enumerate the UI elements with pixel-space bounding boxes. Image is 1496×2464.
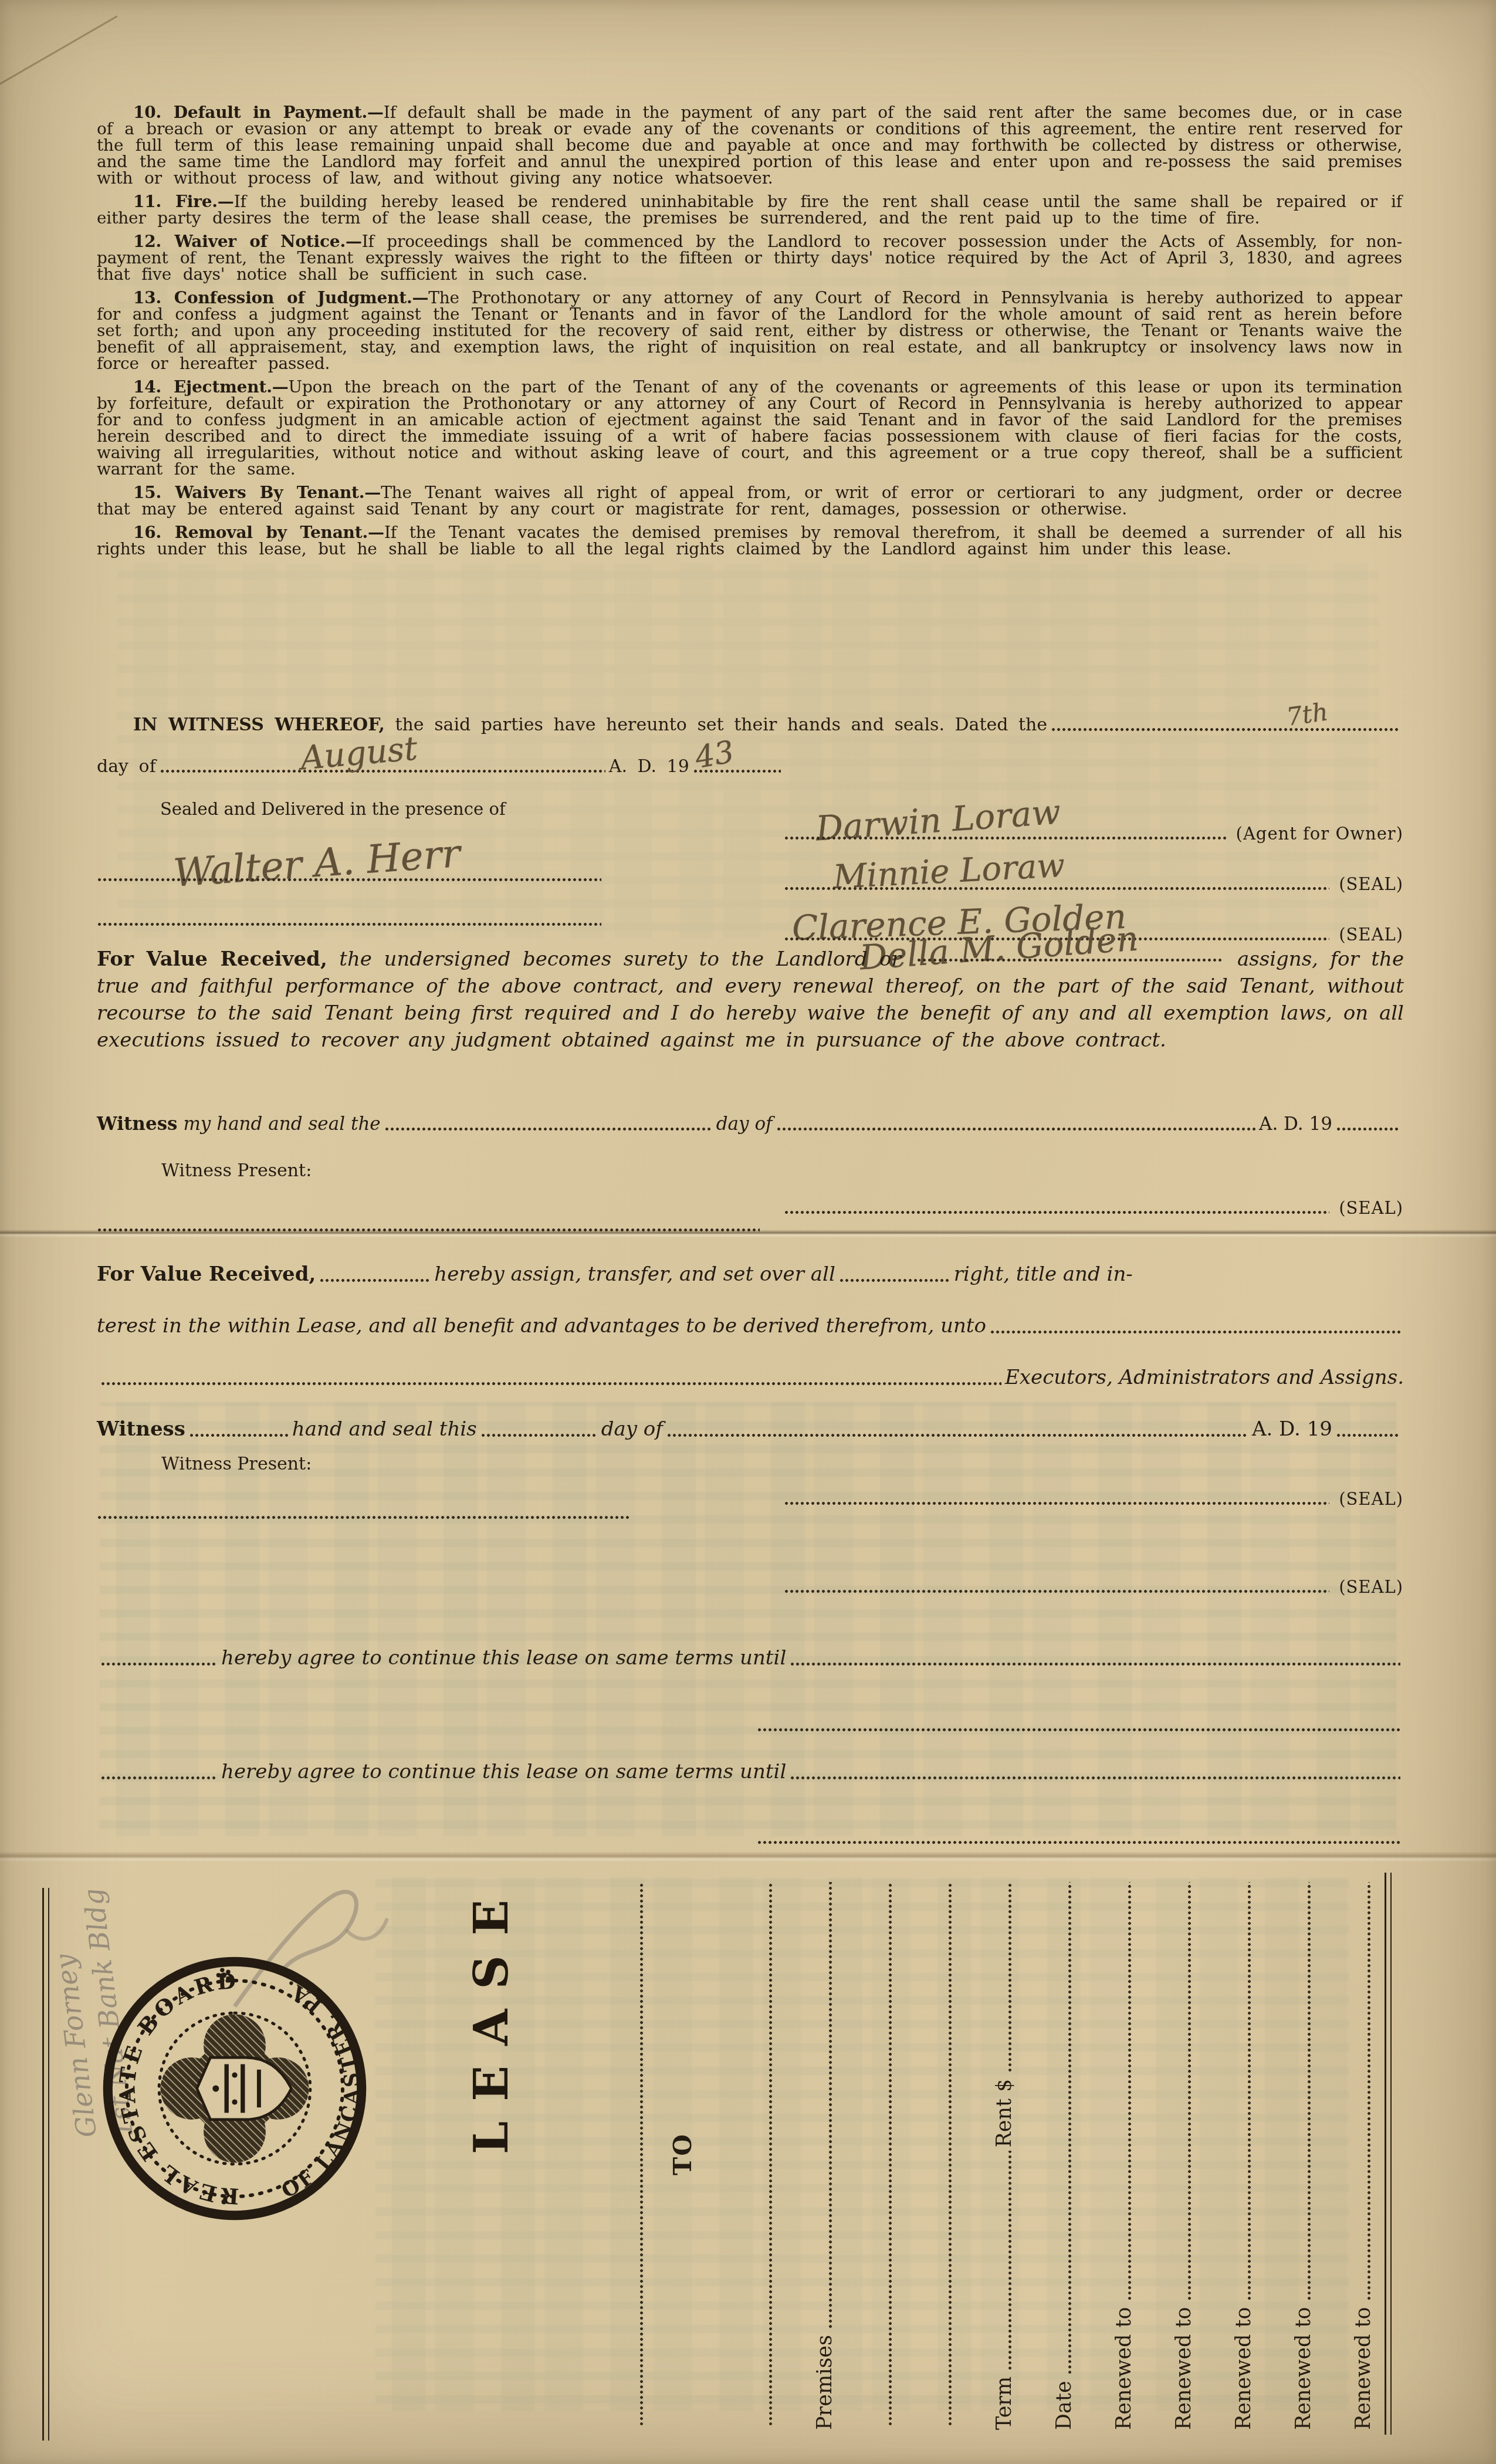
seal-blank-line xyxy=(784,1501,1329,1506)
to-label: TO xyxy=(668,2133,697,2175)
witness-signature-column: Sealed and Delivered in the presence of … xyxy=(97,799,607,927)
docket-row-label: Renewed to xyxy=(1292,2307,1315,2430)
seal-signature-line: (SEAL) xyxy=(780,1198,1403,1218)
clause-title: 14. Ejectment.— xyxy=(133,377,288,397)
seal-signature-line: (SEAL) xyxy=(780,1577,1403,1597)
assignment-p2: right, title and in- xyxy=(954,1263,1133,1286)
assignment-w1: hand and seal this xyxy=(292,1417,477,1441)
renewal-clause-2: hereby agree to continue this lease on s… xyxy=(97,1760,1404,1783)
clause-11: 11. Fire.—If the building hereby leased … xyxy=(97,194,1402,226)
surety-lead: For Value Received, xyxy=(97,947,327,971)
docket-dotted-line xyxy=(1067,1882,1072,2375)
assignment-section: For Value Received, hereby assign, trans… xyxy=(97,1263,1404,1469)
docket-blank-line xyxy=(611,1879,648,2430)
ad-label: A. D. 19 xyxy=(609,756,689,777)
witness-present-label: Witness Present: xyxy=(161,1160,312,1181)
witness-ad: A. D. 19 xyxy=(1259,1113,1332,1135)
agent-label: (Agent for Owner) xyxy=(1236,824,1403,844)
assignment-p1: hereby assign, transfer, and set over al… xyxy=(434,1263,835,1286)
assignment-lead: For Value Received, xyxy=(97,1263,316,1286)
assignor-blank xyxy=(319,1278,431,1283)
seal-label: (SEAL) xyxy=(1339,1489,1403,1509)
clause-title: 15. Waivers By Tenant.— xyxy=(133,483,381,502)
docket-row-premises: Premises xyxy=(777,1879,837,2430)
docket-row-label: Premises xyxy=(813,2335,837,2430)
docket-row-label: Renewed to xyxy=(1352,2307,1375,2430)
witness-present-label: Witness Present: xyxy=(161,1454,312,1474)
docket-dotted-line xyxy=(768,1882,773,2426)
assignment-day-blank xyxy=(480,1433,598,1438)
renewal-blank-tail xyxy=(790,1775,1400,1781)
seal-label: (SEAL) xyxy=(1339,874,1403,894)
rent-blank xyxy=(1007,1882,1013,2073)
renewal-blank-lead xyxy=(100,1775,218,1781)
docket-row-renewed-to: Renewed to xyxy=(1196,1879,1255,2430)
renewal-clause-1: hereby agree to continue this lease on s… xyxy=(97,1646,1404,1670)
docket-blank-line xyxy=(717,1879,777,2430)
witness-phrase: my hand and seal the xyxy=(183,1113,380,1135)
docket-row-label: Renewed to xyxy=(1172,2307,1196,2430)
lease-title: LEASE xyxy=(462,1925,521,2154)
seal-signature-line: (SEAL) xyxy=(780,1489,1403,1509)
renewal-text: hereby agree to continue this lease on s… xyxy=(221,1646,786,1670)
assignee-blank xyxy=(990,1329,1400,1335)
month-blank: August xyxy=(160,769,605,774)
witness-whereof-section: IN WITNESS WHEREOF, the said parties hav… xyxy=(97,715,1402,777)
renewal-extra-line xyxy=(757,1727,1402,1732)
clause-title: 11. Fire.— xyxy=(133,192,234,211)
handwritten-day: 7th xyxy=(1285,697,1330,731)
assignment-blank-2 xyxy=(839,1278,950,1283)
assignment-year-blank xyxy=(1336,1433,1400,1438)
term-blank xyxy=(1007,2151,1013,2371)
assignment-witness-lead: Witness xyxy=(97,1417,185,1441)
docket-border-rule-right xyxy=(1385,1873,1392,2435)
clause-14: 14. Ejectment.—Upon the breach on the pa… xyxy=(97,379,1402,478)
renewal-extra-line xyxy=(757,1840,1402,1845)
witness-year-blank xyxy=(1336,1126,1400,1132)
docket-term-rent-row: TermRent $ xyxy=(956,1879,1016,2430)
agent-signature-line xyxy=(784,835,1227,841)
handwritten-month: August xyxy=(299,729,419,777)
seal-label: (SEAL) xyxy=(1339,925,1403,945)
docket-dotted-line xyxy=(947,1882,953,2426)
witness-line-1 xyxy=(97,877,601,882)
witness-whereof-body: the said parties have hereunto set their… xyxy=(395,715,1047,735)
corner-crease xyxy=(0,15,118,87)
assignment-blank-3 xyxy=(100,1381,1001,1386)
docket-dotted-line xyxy=(1187,1882,1192,2301)
docket-dotted-line xyxy=(1127,1882,1132,2301)
docket-row-renewed-to: Renewed to xyxy=(1315,1879,1375,2430)
docket-dotted-line xyxy=(639,1882,644,2426)
clause-10: 10. Default in Payment.—If default shall… xyxy=(97,104,1402,187)
surety-text-1: the undersigned becomes surety to the La… xyxy=(339,947,901,971)
seal-blank-line xyxy=(784,1210,1329,1215)
assignment-witness-blank xyxy=(189,1433,289,1438)
rent-label: Rent $ xyxy=(993,2079,1016,2147)
clause-title: 16. Removal by Tenant.— xyxy=(133,523,384,542)
docket-row-date: Date xyxy=(1016,1879,1076,2430)
docket-dotted-line xyxy=(1247,1882,1252,2301)
surety-paragraph: For Value Received, the undersigned beco… xyxy=(97,946,1404,1054)
clause-15: 15. Waivers By Tenant.—The Tenant waives… xyxy=(97,485,1402,517)
clause-16: 16. Removal by Tenant.—If the Tenant vac… xyxy=(97,524,1402,557)
docket-dotted-line xyxy=(1307,1882,1312,2301)
witness-month-blank xyxy=(776,1126,1255,1132)
witness-present-line xyxy=(97,1227,760,1233)
renewal-blank-tail xyxy=(790,1661,1400,1667)
clause-13: 13. Confession of Judgment.—The Prothono… xyxy=(97,290,1402,372)
witness-day-blank xyxy=(384,1126,713,1132)
docket-rows: TOPremisesTermRent $DateRenewed toRenewe… xyxy=(611,1879,1380,2430)
assignment-ad: A. D. 19 xyxy=(1252,1417,1332,1441)
docket-blank-line xyxy=(896,1879,956,2430)
clause-title: 12. Waiver of Notice.— xyxy=(133,232,362,251)
handwritten-year: 43 xyxy=(692,735,737,776)
surety-blank xyxy=(916,957,1221,963)
fold-crease xyxy=(0,1852,1496,1862)
docket-to-row: TO xyxy=(648,1879,717,2430)
docket-row-label: Renewed to xyxy=(1112,2307,1136,2430)
docket-row-renewed-to: Renewed to xyxy=(1255,1879,1315,2430)
docket-dotted-line xyxy=(888,1882,893,2426)
witness-present-line xyxy=(97,1515,631,1520)
witness-whereof-lead: IN WITNESS WHEREOF, xyxy=(133,715,385,735)
year-blank: 43 xyxy=(693,769,781,774)
clause-title: 10. Default in Payment.— xyxy=(133,103,384,122)
assignment-month-blank xyxy=(666,1433,1248,1438)
witness-hand-seal-line: Witness my hand and seal the day of A. D… xyxy=(97,1113,1404,1135)
real-estate-board-seal: REAL ESTATE BOARD OF LANCASTER, PA. xyxy=(100,1954,370,2223)
docket-row-label: Date xyxy=(1052,2381,1076,2430)
seal-blank-line xyxy=(784,1589,1329,1594)
docket-row-renewed-to: Renewed to xyxy=(1136,1879,1196,2430)
docket-blank-line xyxy=(837,1879,896,2430)
clause-title: 13. Confession of Judgment.— xyxy=(133,288,428,307)
seal-label: (SEAL) xyxy=(1339,1577,1403,1597)
lease-clauses: 10. Default in Payment.—If default shall… xyxy=(97,104,1402,564)
witness-lead: Witness xyxy=(97,1113,178,1135)
term-label: Term xyxy=(993,2377,1016,2430)
assignment-day-of: day of xyxy=(601,1417,663,1441)
renewal-text: hereby agree to continue this lease on s… xyxy=(221,1760,786,1783)
assignment-line2: terest in the within Lease, and all bene… xyxy=(97,1314,986,1338)
docket-row-renewed-to: Renewed to xyxy=(1076,1879,1136,2430)
party-signature-column: Darwin Loraw (Agent for Owner) Minnie Lo… xyxy=(780,793,1403,945)
seal-crest xyxy=(161,2015,309,2163)
tenant1-signature-line xyxy=(784,886,1329,891)
witness-line-2 xyxy=(97,922,601,927)
docket-row-label: Renewed to xyxy=(1232,2307,1255,2430)
day-of-label: day of xyxy=(97,756,156,777)
clause-12: 12. Waiver of Notice.—If proceedings sha… xyxy=(97,233,1402,283)
dated-day-blank: 7th xyxy=(1051,727,1399,732)
tenant2-signature-line xyxy=(784,936,1329,942)
witness-day-of: day of xyxy=(716,1113,773,1135)
assignment-line3: Executors, Administrators and Assigns. xyxy=(1005,1366,1404,1389)
presence-label: Sealed and Delivered in the presence of xyxy=(97,799,607,819)
renewal-blank-lead xyxy=(100,1661,218,1667)
docket-dotted-line xyxy=(1366,1882,1372,2301)
docket-dotted-line xyxy=(828,1882,833,2329)
scanned-lease-document: 10. Default in Payment.—If default shall… xyxy=(0,0,1496,2464)
seal-label: (SEAL) xyxy=(1339,1198,1403,1218)
